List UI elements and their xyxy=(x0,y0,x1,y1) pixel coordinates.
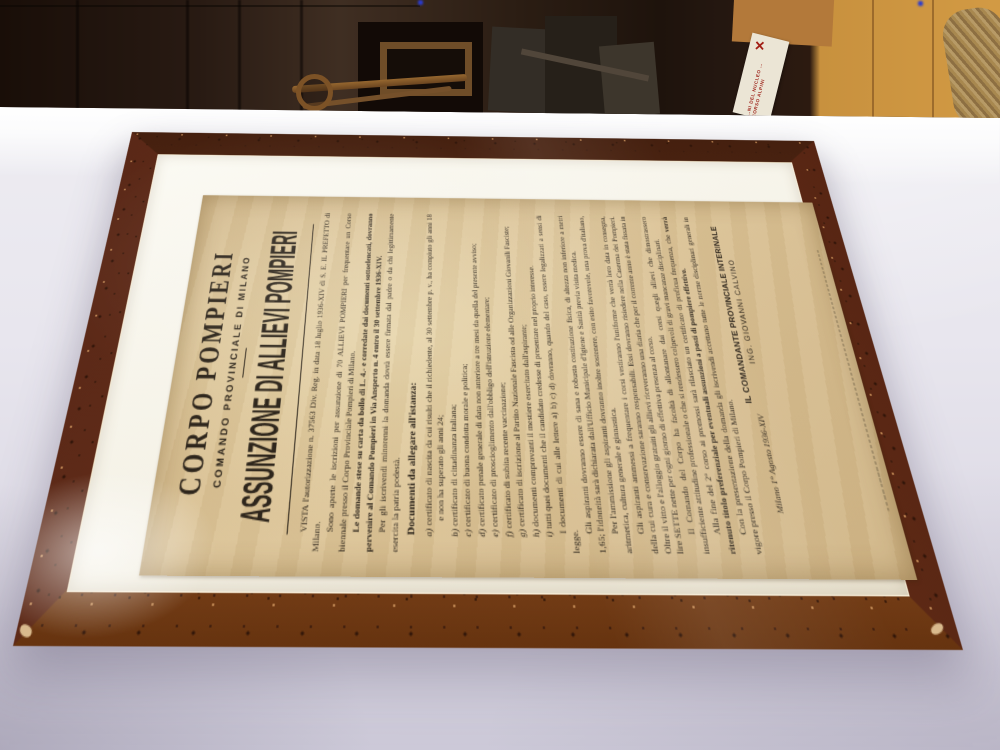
dateline: Milano 1° Agosto 1936-XIV xyxy=(755,414,785,513)
blue-speck xyxy=(918,1,923,6)
background-shelf-scene: ✕ …NI DEL NUCLEO …CORSO ALPINI xyxy=(0,0,1000,124)
box-seam xyxy=(932,0,934,120)
panel-line xyxy=(76,0,79,120)
shelf-object xyxy=(599,42,660,119)
red-mark: ✕ xyxy=(751,40,768,52)
list-item-label: b) xyxy=(450,526,460,537)
box-label-text: …NI DEL NUCLEO …CORSO ALPINI xyxy=(745,53,772,118)
poster-content: CORPO POMPIERI COMANDO PROVINCIALE DI MI… xyxy=(139,195,917,580)
list-item-label: f) xyxy=(504,528,514,536)
list-item-label: a) xyxy=(424,525,434,536)
mat-board: CORPO POMPIERI COMANDO PROVINCIALE DI MI… xyxy=(67,154,910,596)
poster-body: VISTA l'autorizzazione n. 37563 Div. Reg… xyxy=(296,213,765,554)
list-item-label: h) xyxy=(531,526,541,537)
shelf-object xyxy=(488,26,552,113)
cart-wheel xyxy=(296,74,333,111)
list-item-label: g) xyxy=(517,526,527,537)
box-label-card: ✕ …NI DEL NUCLEO …CORSO ALPINI xyxy=(733,33,790,122)
document-list-item: a) certificato di nascita da cui risulti… xyxy=(422,214,447,552)
list-item-label: c) xyxy=(463,526,473,536)
poster-document: CORPO POMPIERI COMANDO PROVINCIALE DI MI… xyxy=(139,195,917,580)
photo-scene: ✕ …NI DEL NUCLEO …CORSO ALPINI CORPO POM… xyxy=(0,0,1000,750)
framed-poster: CORPO POMPIERI COMANDO PROVINCIALE DI MI… xyxy=(13,132,963,650)
list-item-label: e) xyxy=(490,526,500,536)
short-rule xyxy=(242,348,247,378)
documents-heading: Documenti da allegare all'istanza: xyxy=(406,214,421,552)
blue-speck xyxy=(418,0,423,5)
panel-line xyxy=(238,0,241,120)
list-item-label: i) xyxy=(544,528,554,536)
poster-paper: CORPO POMPIERI COMANDO PROVINCIALE DI MI… xyxy=(139,195,917,580)
panel-line xyxy=(186,0,189,120)
rope-coil xyxy=(939,4,1000,130)
panel-edge xyxy=(0,5,420,7)
box-seam xyxy=(872,0,874,120)
list-item-label: d) xyxy=(477,526,487,537)
